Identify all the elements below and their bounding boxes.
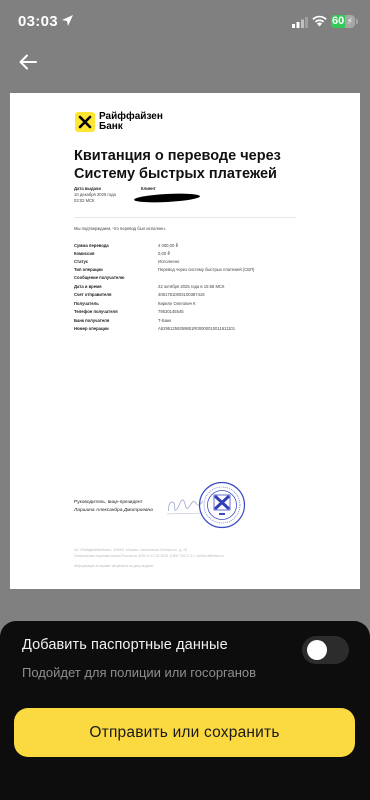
detail-row: Банк получателяТ-Банк bbox=[74, 318, 304, 325]
detail-row: Счет отправителя40817810003100387416 bbox=[74, 292, 304, 299]
bank-logo-icon bbox=[78, 115, 92, 129]
status-bar: 03:03 60 ⚡ bbox=[0, 0, 370, 44]
signer-name: Ларшина Александра Дмитриевна bbox=[74, 508, 153, 513]
row-value: 40817810003100387416 bbox=[158, 292, 205, 297]
back-button[interactable] bbox=[16, 50, 40, 74]
toggle-knob bbox=[307, 640, 327, 660]
battery-percent: 60 bbox=[332, 15, 344, 28]
row-label: Комиссия bbox=[74, 251, 94, 256]
footer-license: Генеральная лицензия Банка России № 3292… bbox=[74, 554, 224, 558]
row-value: 0,00 ₽ bbox=[158, 251, 170, 256]
detail-row: ПолучательКирилл Олегович К bbox=[74, 301, 304, 308]
row-label: Тип операции bbox=[74, 267, 103, 272]
bank-name-line2: Банк bbox=[99, 122, 179, 132]
battery-cap bbox=[356, 19, 358, 24]
row-label: Дата и время bbox=[74, 284, 102, 289]
row-value: Перевод через систему быстрых платежей (… bbox=[158, 267, 254, 272]
row-value: Исполнено bbox=[158, 259, 179, 264]
row-value: A52951259359851R00000010011611101 bbox=[158, 326, 235, 331]
row-value: 22 октября 2025 года в 15:58 МСК bbox=[158, 284, 224, 289]
wifi-icon bbox=[312, 15, 327, 27]
signer-role: Руководитель, вице-президент bbox=[74, 500, 143, 505]
confirmation-text: Мы подтверждаем, что перевод был исполне… bbox=[74, 226, 166, 231]
detail-row: Сообщение получателю bbox=[74, 275, 304, 282]
cellular-signal-icon bbox=[292, 17, 308, 28]
row-label: Банк получателя bbox=[74, 318, 109, 323]
footer-note: Информация в справке актуальна на дату в… bbox=[74, 564, 153, 568]
row-value: 4 000,00 ₽ bbox=[158, 243, 178, 248]
detail-row: Комиссия0,00 ₽ bbox=[74, 251, 304, 258]
status-time: 03:03 bbox=[18, 13, 58, 30]
row-label: Сумма перевода bbox=[74, 243, 109, 248]
battery-indicator: 60 ⚡ bbox=[331, 15, 355, 28]
document-title: Квитанция о переводе через Систему быстр… bbox=[74, 147, 314, 183]
client-name-redacted bbox=[134, 192, 200, 203]
location-arrow-icon bbox=[61, 14, 74, 27]
row-label: Телефон получателя bbox=[74, 309, 118, 314]
row-label: Сообщение получателю bbox=[74, 275, 124, 280]
client-label: Клиент bbox=[141, 186, 156, 191]
bank-stamp-icon bbox=[198, 481, 246, 529]
passport-toggle[interactable] bbox=[302, 636, 349, 664]
raiffeisen-logo bbox=[75, 112, 95, 132]
row-label: Статус bbox=[74, 259, 88, 264]
detail-row: Дата и время22 октября 2025 года в 15:58… bbox=[74, 284, 304, 291]
row-value: 79530145545 bbox=[158, 309, 184, 314]
charging-bolt-icon: ⚡ bbox=[347, 15, 353, 28]
passport-option-title: Добавить паспортные данные bbox=[22, 637, 228, 653]
send-or-save-button[interactable]: Отправить или сохранить bbox=[14, 708, 355, 757]
row-value: Т-Банк bbox=[158, 318, 171, 323]
detail-row: Номер операцииA52951259359851R0000001001… bbox=[74, 326, 304, 333]
row-label: Получатель bbox=[74, 301, 99, 306]
receipt-document: Райффайзен Банк Квитанция о переводе чер… bbox=[10, 93, 360, 589]
footer-address: АО «Райффайзенбанк», 119002, Москва, Смо… bbox=[74, 548, 187, 552]
detail-row: СтатусИсполнено bbox=[74, 259, 304, 266]
detail-row: Телефон получателя79530145545 bbox=[74, 309, 304, 316]
issue-time-value: 03:02 МСК bbox=[74, 198, 95, 204]
detail-row: Сумма перевода4 000,00 ₽ bbox=[74, 243, 304, 250]
row-label: Номер операции bbox=[74, 326, 109, 331]
detail-row: Тип операцииПеревод через систему быстры… bbox=[74, 267, 304, 274]
row-label: Счет отправителя bbox=[74, 292, 111, 297]
passport-option-subtitle: Подойдет для полиции или госорганов bbox=[22, 665, 256, 680]
bottom-sheet: Добавить паспортные данные Подойдет для … bbox=[0, 621, 370, 800]
arrow-left-icon bbox=[16, 50, 40, 74]
row-value: Кирилл Олегович К bbox=[158, 301, 196, 306]
divider bbox=[74, 217, 296, 218]
issue-date-label: Дата выдачи bbox=[74, 186, 101, 191]
bank-name: Райффайзен Банк bbox=[99, 112, 179, 132]
